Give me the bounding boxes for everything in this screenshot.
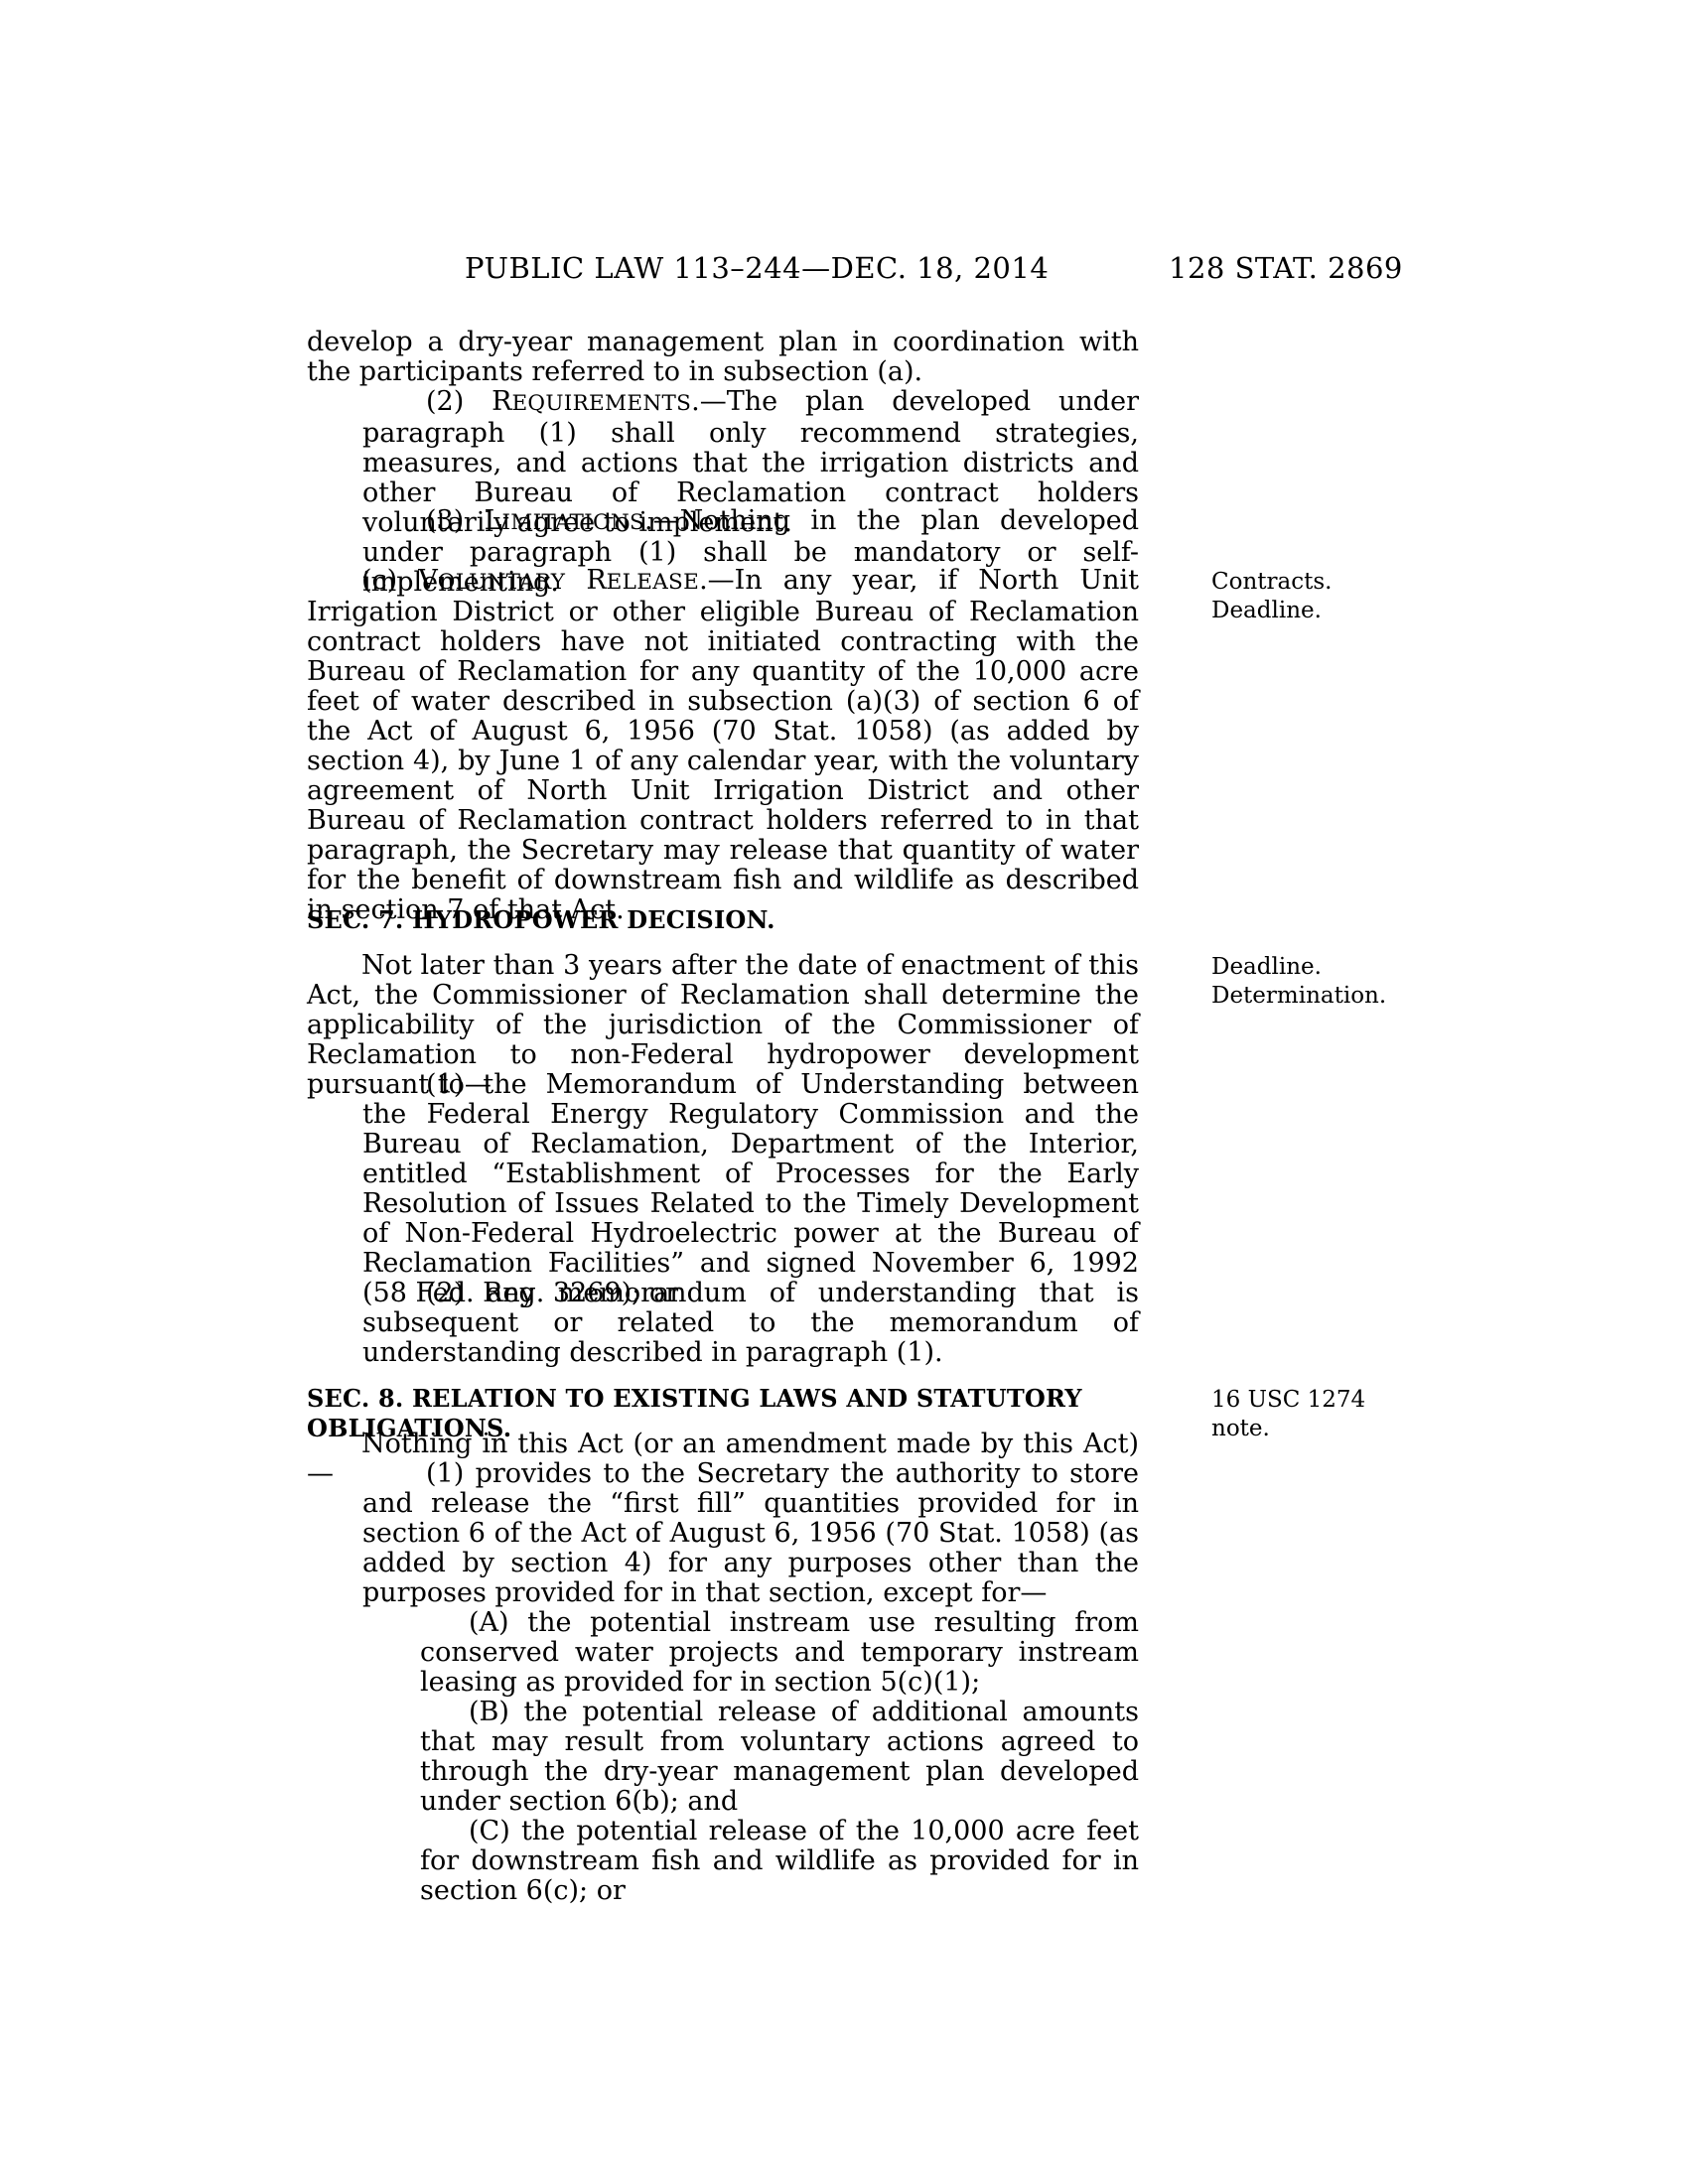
margin-note-line: 16 USC 1274 bbox=[1211, 1386, 1440, 1415]
body-continuation-paragraph: develop a dry-year management plan in co… bbox=[307, 328, 1139, 387]
margin-note-line: Determination. bbox=[1211, 982, 1440, 1011]
page-header-law-title: PUBLIC LAW 113–244—DEC. 18, 2014 bbox=[465, 251, 1049, 285]
subsection-c-voluntary-release: (c) VOLUNTARY RELEASE.—In any year, if N… bbox=[307, 566, 1139, 925]
section-8-paragraph-1: (1) provides to the Secretary the author… bbox=[362, 1459, 1139, 1608]
margin-note-line: Deadline. bbox=[1211, 953, 1440, 982]
margin-note-line: Contracts. bbox=[1211, 568, 1440, 597]
margin-note-usc-citation: 16 USC 1274 note. bbox=[1211, 1386, 1440, 1443]
margin-note-contracts-deadline: Contracts. Deadline. bbox=[1211, 568, 1440, 625]
margin-note-line: note. bbox=[1211, 1415, 1440, 1443]
section-7-paragraph-2: (2) any memorandum of understanding that… bbox=[362, 1279, 1139, 1368]
section-7-heading: SEC. 7. HYDROPOWER DECISION. bbox=[307, 905, 1200, 935]
margin-note-deadline-determination: Deadline. Determination. bbox=[1211, 953, 1440, 1011]
section-8-subparagraph-b: (B) the potential release of additional … bbox=[420, 1698, 1139, 1817]
margin-note-line: Deadline. bbox=[1211, 597, 1440, 625]
section-8-subparagraph-a: (A) the potential instream use resulting… bbox=[420, 1608, 1139, 1698]
section-7-paragraph-1: (1) the Memorandum of Understanding betw… bbox=[362, 1070, 1139, 1308]
statute-page: PUBLIC LAW 113–244—DEC. 18, 2014 128 STA… bbox=[0, 0, 1688, 2184]
page-header-stat-number: 128 STAT. 2869 bbox=[1169, 251, 1403, 285]
section-8-subparagraph-c: (C) the potential release of the 10,000 … bbox=[420, 1817, 1139, 1906]
